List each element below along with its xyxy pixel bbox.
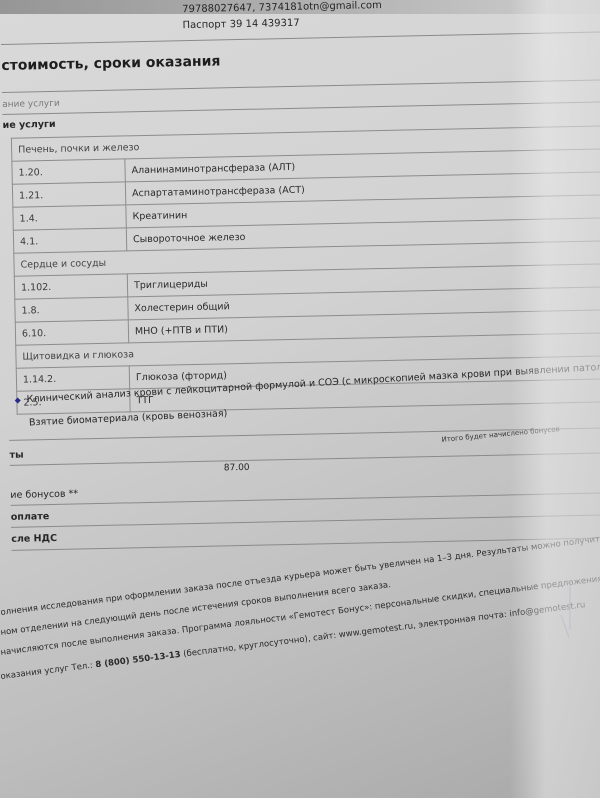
paper-fold: [510, 0, 600, 798]
service-code: 1.14.2.: [16, 366, 129, 391]
services-label-light: ание услуги: [2, 99, 60, 110]
service-code: 1.4.: [13, 205, 126, 230]
service-code: 1.21.: [12, 182, 125, 207]
service-code: 1.102.: [14, 274, 127, 299]
bonus-label: ие бонусов **: [10, 488, 78, 500]
service-code: 1.20.: [12, 159, 125, 184]
services-label-bold: ие услуги: [3, 119, 56, 131]
passport-info: Паспорт 39 14 439317: [182, 18, 299, 31]
service-code: 1.8.: [15, 297, 128, 322]
service-code: 6.10.: [15, 320, 128, 345]
bullet-icon: ◆: [14, 395, 21, 404]
to-pay-label: оплате: [11, 511, 50, 523]
bonus-amount: 87.00: [224, 463, 250, 474]
total-row-label: ты: [9, 450, 23, 461]
vat-label: сле НДС: [11, 533, 57, 545]
contact-info: 79788027647, 7374181otn@gmail.com: [182, 0, 382, 15]
section-title: стоимость, сроки оказания: [1, 53, 220, 74]
service-code: 4.1.: [13, 228, 126, 253]
